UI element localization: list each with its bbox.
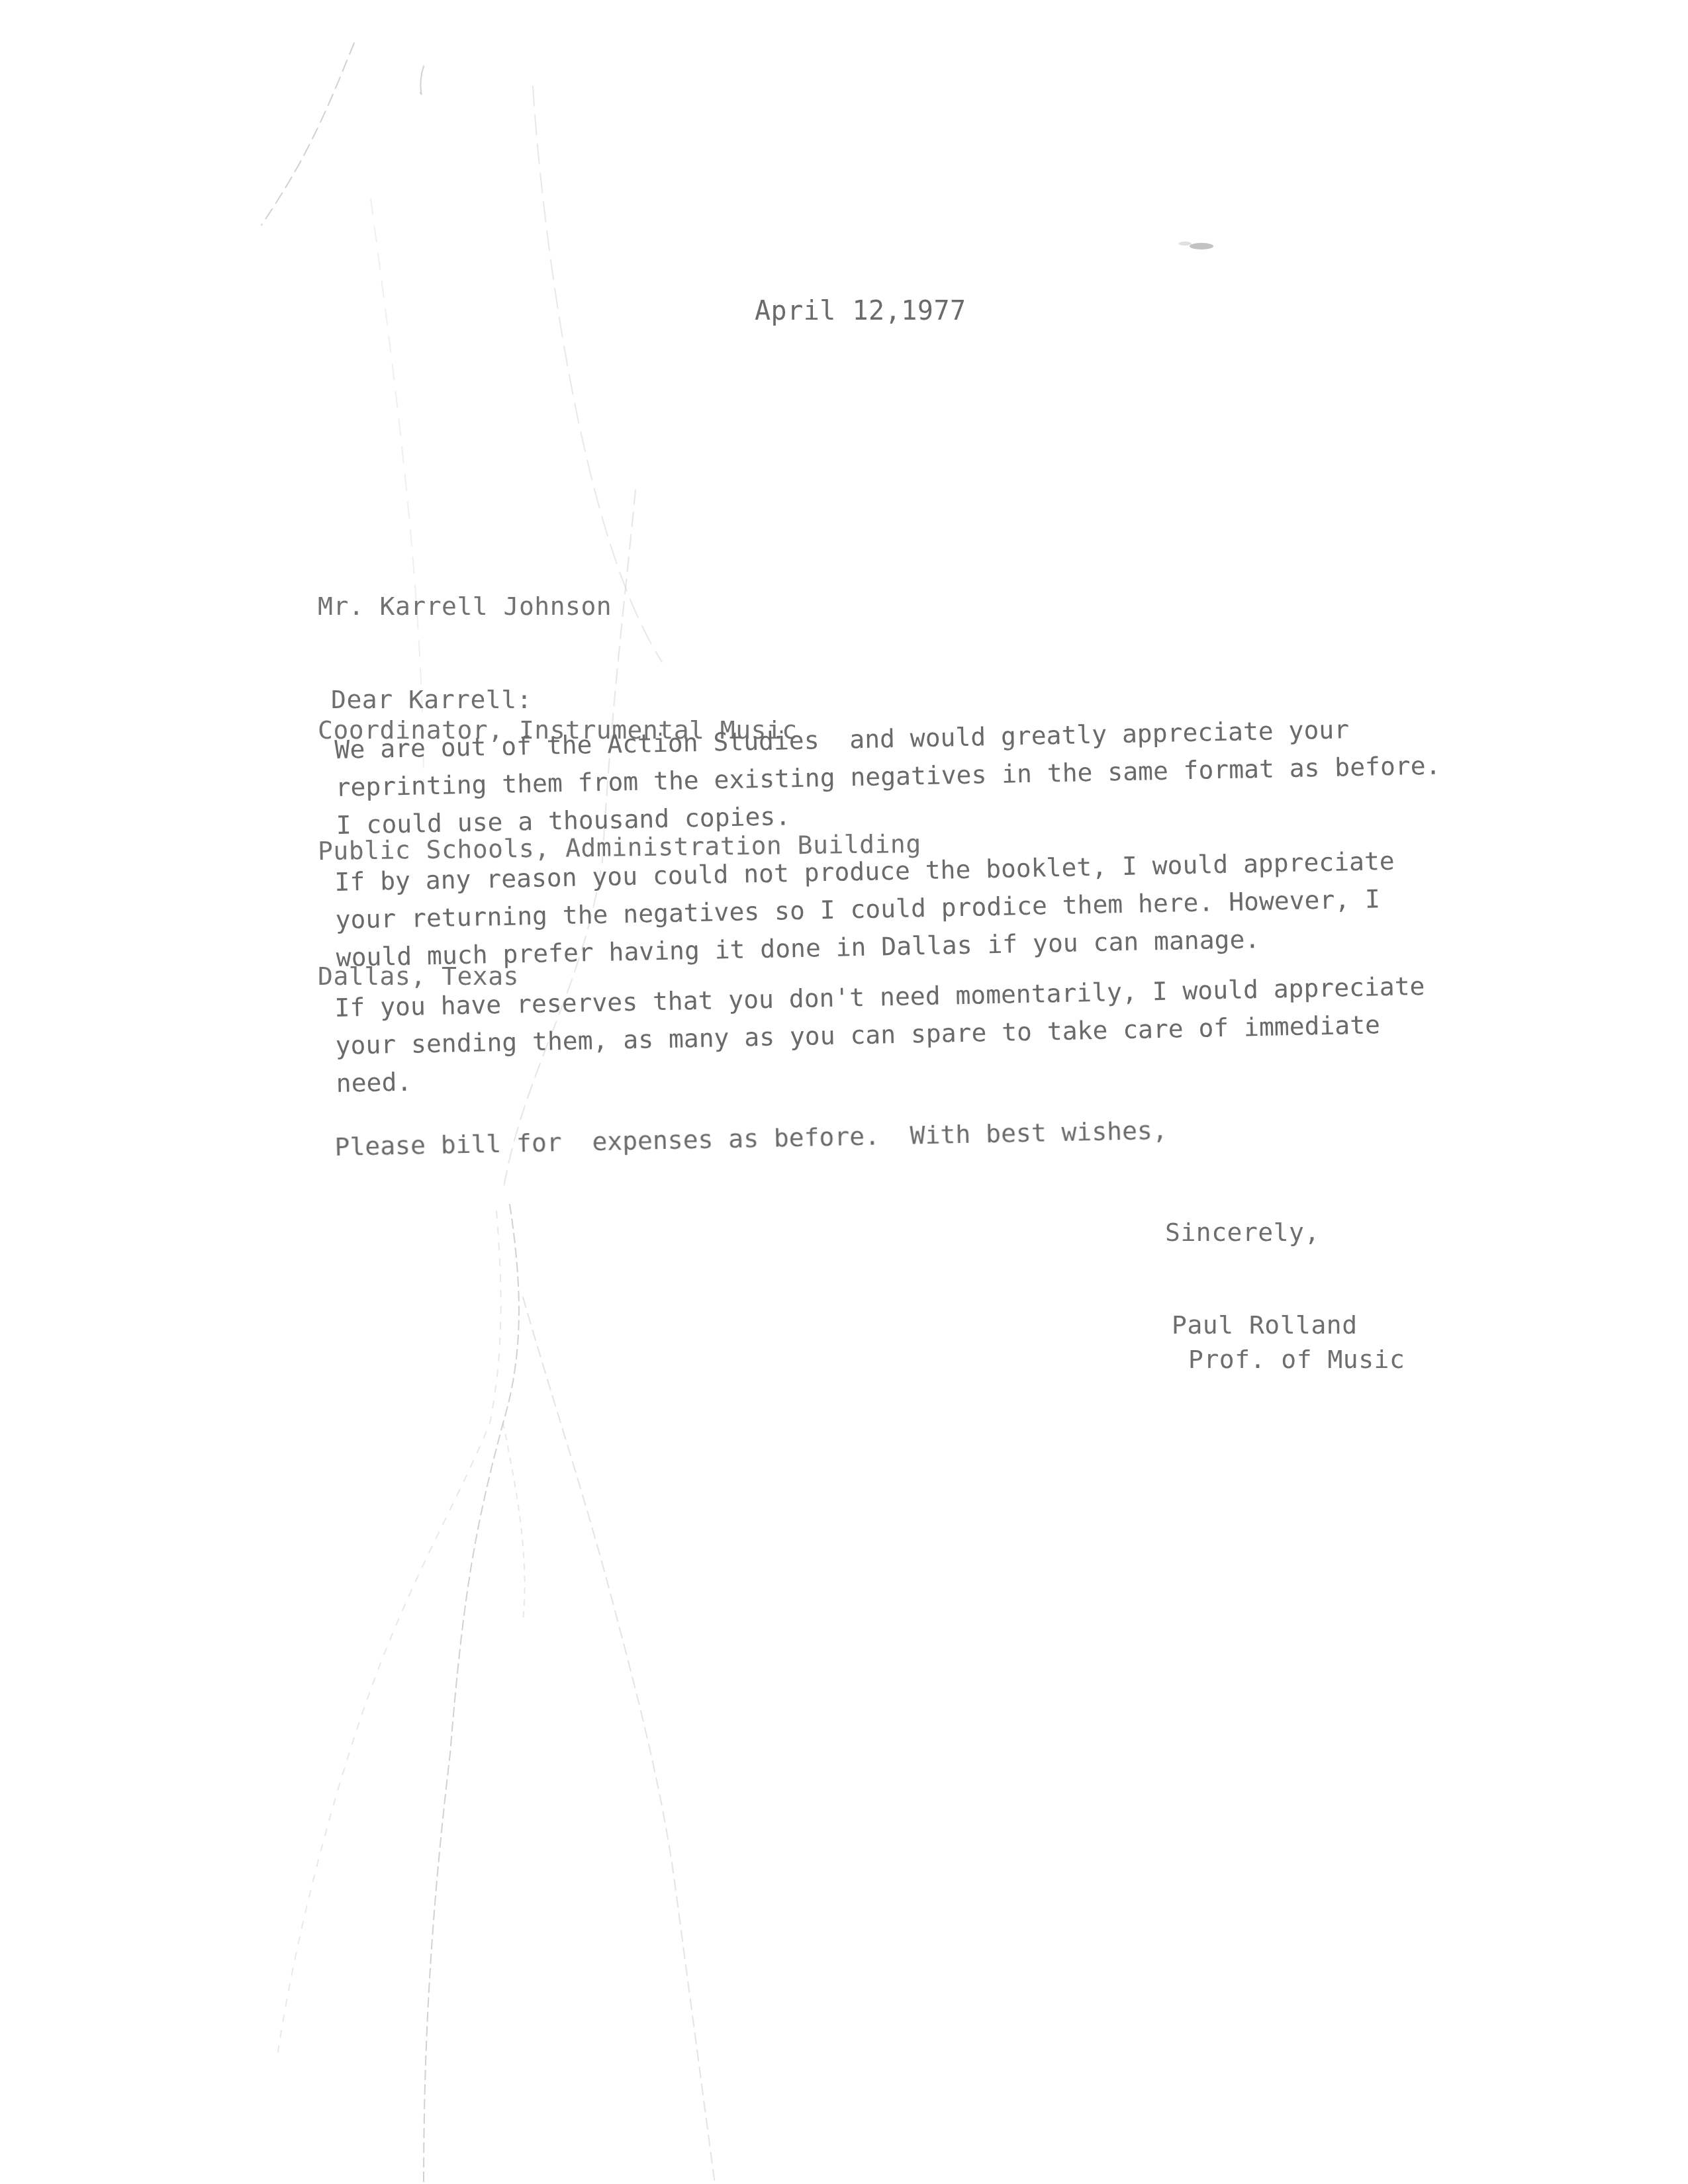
complimentary-closing: Sincerely, — [1165, 1211, 1320, 1253]
body-paragraph: We are out of the Action Studies and wou… — [334, 709, 1442, 844]
paragraph-line: Please bill for expenses as before. With… — [334, 1112, 1168, 1166]
letter-date: April 12,1977 — [755, 290, 966, 332]
body-paragraph: If by any reason you could not produce t… — [334, 842, 1397, 977]
letter-page: April 12,1977 Mr. Karrell Johnson Coordi… — [0, 0, 1688, 2184]
body-paragraph: If you have reserves that you don't need… — [334, 968, 1427, 1103]
salutation: Dear Karrell: — [331, 678, 532, 721]
signature-title: Prof. of Music — [1188, 1338, 1405, 1381]
body-paragraph: Please bill for expenses as before. With… — [334, 1112, 1168, 1166]
recipient-name: Mr. Karrell Johnson — [318, 588, 921, 625]
